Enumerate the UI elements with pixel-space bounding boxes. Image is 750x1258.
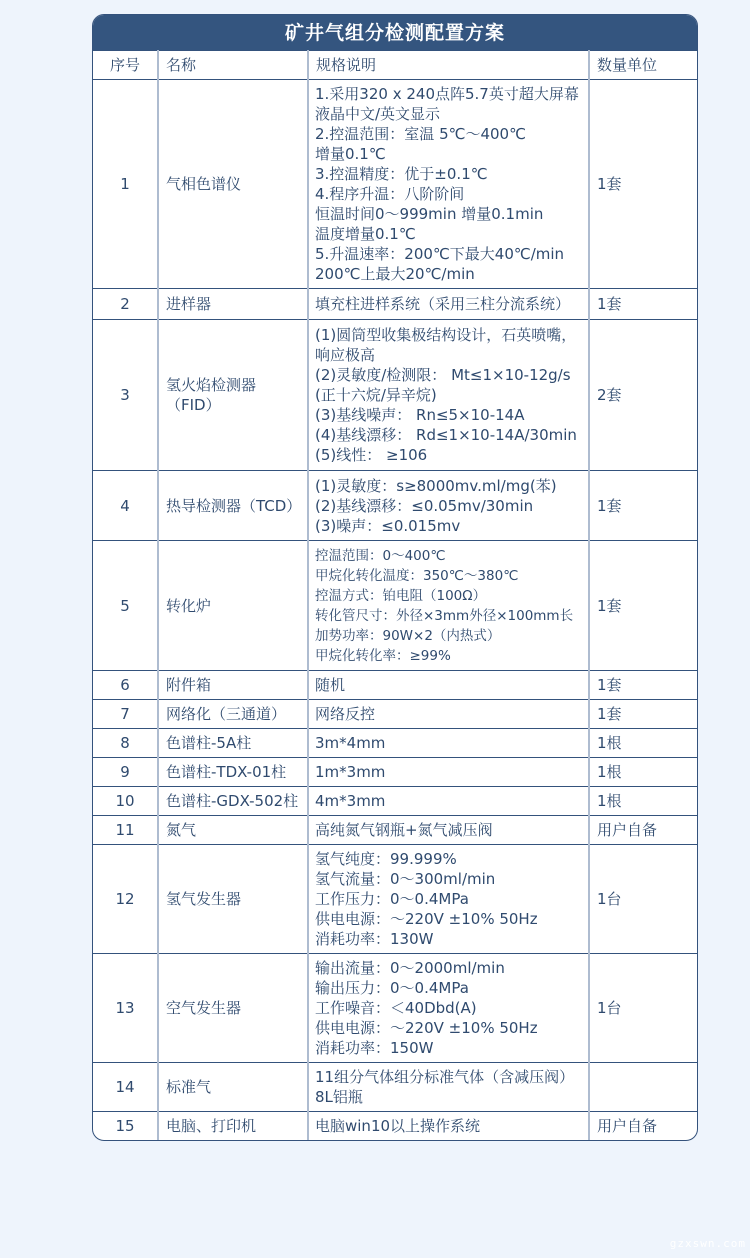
- item-quantity: 2套: [589, 320, 697, 471]
- table-row: 7网络化（三通道）网络反控1套: [93, 700, 697, 729]
- row-number: 13: [93, 954, 158, 1063]
- item-name: 网络化（三通道）: [158, 700, 308, 729]
- table-row: 2进样器填充柱进样系统（采用三柱分流系统）1套: [93, 289, 697, 320]
- spec-line: 温度增量0.1℃: [315, 224, 582, 244]
- item-spec: 4m*3mm: [308, 787, 589, 816]
- spec-line: 4.程序升温：八阶阶间: [315, 184, 582, 204]
- header-no: 序号: [93, 51, 158, 80]
- table-row: 4热导检测器（TCD）(1)灵敏度：s≥8000mv.ml/mg(苯)(2)基线…: [93, 471, 697, 541]
- item-name: 氢火焰检测器（FID）: [158, 320, 308, 471]
- spec-line: 增量0.1℃: [315, 144, 582, 164]
- item-name: 热导检测器（TCD）: [158, 471, 308, 541]
- spec-line: (2)基线漂移：≤0.05mv/30min: [315, 496, 582, 516]
- table-row: 9色谱柱-TDX-01柱1m*3mm1根: [93, 758, 697, 787]
- spec-line: 转化管尺寸：外径×3mm外径×100mm长: [315, 606, 582, 626]
- item-name: 气相色谱仪: [158, 80, 308, 289]
- header-name: 名称: [158, 51, 308, 80]
- header-row: 序号 名称 规格说明 数量单位: [93, 51, 697, 80]
- spec-line: 工作噪音：＜40Dbd(A): [315, 998, 582, 1018]
- spec-line: 供电电源：～220V ±10% 50Hz: [315, 1018, 582, 1038]
- spec-line: 工作压力：0～0.4MPa: [315, 889, 582, 909]
- spec-line: 8L铝瓶: [315, 1087, 582, 1107]
- spec-line: 消耗功率：150W: [315, 1038, 582, 1058]
- item-quantity: 1套: [589, 289, 697, 320]
- item-quantity: 1套: [589, 671, 697, 700]
- row-number: 5: [93, 541, 158, 671]
- spec-line: 氢气纯度：99.999%: [315, 849, 582, 869]
- spec-line: 恒温时间0～999min 增量0.1min: [315, 204, 582, 224]
- spec-line: 1.采用320 x 240点阵5.7英寸超大屏幕: [315, 84, 582, 104]
- spec-line: 网络反控: [315, 704, 582, 724]
- item-spec: 氢气纯度：99.999%氢气流量：0～300ml/min工作压力：0～0.4MP…: [308, 845, 589, 954]
- item-quantity: 1台: [589, 845, 697, 954]
- item-quantity: 1台: [589, 954, 697, 1063]
- item-spec: 输出流量：0～2000ml/min输出压力：0～0.4MPa工作噪音：＜40Db…: [308, 954, 589, 1063]
- spec-line: (1)灵敏度：s≥8000mv.ml/mg(苯): [315, 476, 582, 496]
- spec-line: 甲烷化转化率：≥99%: [315, 646, 582, 666]
- table-row: 13空气发生器输出流量：0～2000ml/min输出压力：0～0.4MPa工作噪…: [93, 954, 697, 1063]
- spec-line: 填充柱进样系统（采用三柱分流系统）: [315, 294, 582, 314]
- spec-line: (3)基线噪声： Rn≤5×10-14A: [315, 405, 582, 425]
- spec-line: 控温方式：铂电阻（100Ω）: [315, 586, 582, 606]
- config-table-card: 矿井气组分检测配置方案 序号 名称 规格说明 数量单位 1气相色谱仪1.采用32…: [92, 14, 698, 1141]
- row-number: 14: [93, 1063, 158, 1112]
- item-spec: 11组分气体组分标准气体（含减压阀）8L铝瓶: [308, 1063, 589, 1112]
- spec-line: 电脑win10以上操作系统: [315, 1116, 582, 1136]
- row-number: 3: [93, 320, 158, 471]
- item-name: 转化炉: [158, 541, 308, 671]
- item-name: 氢气发生器: [158, 845, 308, 954]
- item-spec: 1.采用320 x 240点阵5.7英寸超大屏幕液晶中文/英文显示2.控温范围：…: [308, 80, 589, 289]
- spec-line: (5)线性： ≥106: [315, 445, 582, 465]
- spec-line: 消耗功率：130W: [315, 929, 582, 949]
- table-row: 1气相色谱仪1.采用320 x 240点阵5.7英寸超大屏幕液晶中文/英文显示2…: [93, 80, 697, 289]
- row-number: 10: [93, 787, 158, 816]
- item-quantity: 用户自备: [589, 816, 697, 845]
- item-name: 标准气: [158, 1063, 308, 1112]
- item-name: 氮气: [158, 816, 308, 845]
- item-quantity: 1根: [589, 758, 697, 787]
- header-qty: 数量单位: [589, 51, 697, 80]
- item-quantity: 1根: [589, 787, 697, 816]
- spec-line: 高纯氮气钢瓶+氮气减压阀: [315, 820, 582, 840]
- table-row: 11氮气高纯氮气钢瓶+氮气减压阀用户自备: [93, 816, 697, 845]
- item-quantity: [589, 1063, 697, 1112]
- spec-line: 3.控温精度：优于±0.1℃: [315, 164, 582, 184]
- row-number: 1: [93, 80, 158, 289]
- spec-line: (3)噪声：≤0.015mv: [315, 516, 582, 536]
- spec-line: 2.控温范围：室温 5℃～400℃: [315, 124, 582, 144]
- config-table: 序号 名称 规格说明 数量单位 1气相色谱仪1.采用320 x 240点阵5.7…: [93, 50, 697, 1140]
- item-spec: 随机: [308, 671, 589, 700]
- spec-line: 响应极高: [315, 345, 582, 365]
- spec-line: 供电电源：～220V ±10% 50Hz: [315, 909, 582, 929]
- spec-line: 甲烷化转化温度：350℃～380℃: [315, 566, 582, 586]
- spec-line: 11组分气体组分标准气体（含减压阀）: [315, 1067, 582, 1087]
- item-quantity: 1根: [589, 729, 697, 758]
- row-number: 11: [93, 816, 158, 845]
- spec-line: (4)基线漂移： Rd≤1×10-14A/30min: [315, 425, 582, 445]
- spec-line: 4m*3mm: [315, 791, 582, 811]
- row-number: 4: [93, 471, 158, 541]
- item-spec: 电脑win10以上操作系统: [308, 1112, 589, 1141]
- spec-line: (正十六烷/异辛烷): [315, 385, 582, 405]
- spec-line: 1m*3mm: [315, 762, 582, 782]
- row-number: 8: [93, 729, 158, 758]
- spec-line: 氢气流量：0～300ml/min: [315, 869, 582, 889]
- header-spec: 规格说明: [308, 51, 589, 80]
- item-name: 色谱柱-5A柱: [158, 729, 308, 758]
- item-spec: 3m*4mm: [308, 729, 589, 758]
- row-number: 2: [93, 289, 158, 320]
- item-name: 进样器: [158, 289, 308, 320]
- spec-line: 控温范围：0～400℃: [315, 546, 582, 566]
- row-number: 9: [93, 758, 158, 787]
- item-spec: (1)圆筒型收集极结构设计，石英喷嘴，响应极高(2)灵敏度/检测限： Mt≤1×…: [308, 320, 589, 471]
- table-row: 12氢气发生器氢气纯度：99.999%氢气流量：0～300ml/min工作压力：…: [93, 845, 697, 954]
- item-quantity: 1套: [589, 471, 697, 541]
- item-name: 附件箱: [158, 671, 308, 700]
- item-spec: 网络反控: [308, 700, 589, 729]
- spec-line: 随机: [315, 675, 582, 695]
- table-row: 15电脑、打印机电脑win10以上操作系统用户自备: [93, 1112, 697, 1141]
- spec-line: 加势功率：90W×2（内热式）: [315, 626, 582, 646]
- table-row: 3氢火焰检测器（FID）(1)圆筒型收集极结构设计，石英喷嘴，响应极高(2)灵敏…: [93, 320, 697, 471]
- item-spec: 填充柱进样系统（采用三柱分流系统）: [308, 289, 589, 320]
- item-spec: 1m*3mm: [308, 758, 589, 787]
- spec-line: 液晶中文/英文显示: [315, 104, 582, 124]
- table-row: 10色谱柱-GDX-502柱4m*3mm1根: [93, 787, 697, 816]
- item-quantity: 1套: [589, 700, 697, 729]
- row-number: 15: [93, 1112, 158, 1141]
- table-row: 14标准气11组分气体组分标准气体（含减压阀）8L铝瓶: [93, 1063, 697, 1112]
- spec-line: (1)圆筒型收集极结构设计，石英喷嘴，: [315, 325, 582, 345]
- item-spec: 高纯氮气钢瓶+氮气减压阀: [308, 816, 589, 845]
- item-spec: (1)灵敏度：s≥8000mv.ml/mg(苯)(2)基线漂移：≤0.05mv/…: [308, 471, 589, 541]
- item-name: 电脑、打印机: [158, 1112, 308, 1141]
- item-spec: 控温范围：0～400℃甲烷化转化温度：350℃～380℃控温方式：铂电阻（100…: [308, 541, 589, 671]
- spec-line: 输出压力：0～0.4MPa: [315, 978, 582, 998]
- watermark: gzxswn.com: [670, 1237, 746, 1250]
- spec-line: 5.升温速率：200℃下最大40℃/min: [315, 244, 582, 264]
- spec-line: 输出流量：0～2000ml/min: [315, 958, 582, 978]
- table-row: 8色谱柱-5A柱3m*4mm1根: [93, 729, 697, 758]
- row-number: 7: [93, 700, 158, 729]
- item-name: 色谱柱-GDX-502柱: [158, 787, 308, 816]
- item-name: 空气发生器: [158, 954, 308, 1063]
- row-number: 6: [93, 671, 158, 700]
- spec-line: (2)灵敏度/检测限： Mt≤1×10-12g/s: [315, 365, 582, 385]
- table-row: 6附件箱随机1套: [93, 671, 697, 700]
- item-quantity: 1套: [589, 80, 697, 289]
- spec-line: 3m*4mm: [315, 733, 582, 753]
- item-name: 色谱柱-TDX-01柱: [158, 758, 308, 787]
- item-quantity: 用户自备: [589, 1112, 697, 1141]
- item-quantity: 1套: [589, 541, 697, 671]
- row-number: 12: [93, 845, 158, 954]
- spec-line: 200℃上最大20℃/min: [315, 264, 582, 284]
- table-row: 5转化炉控温范围：0～400℃甲烷化转化温度：350℃～380℃控温方式：铂电阻…: [93, 541, 697, 671]
- table-title: 矿井气组分检测配置方案: [93, 15, 697, 50]
